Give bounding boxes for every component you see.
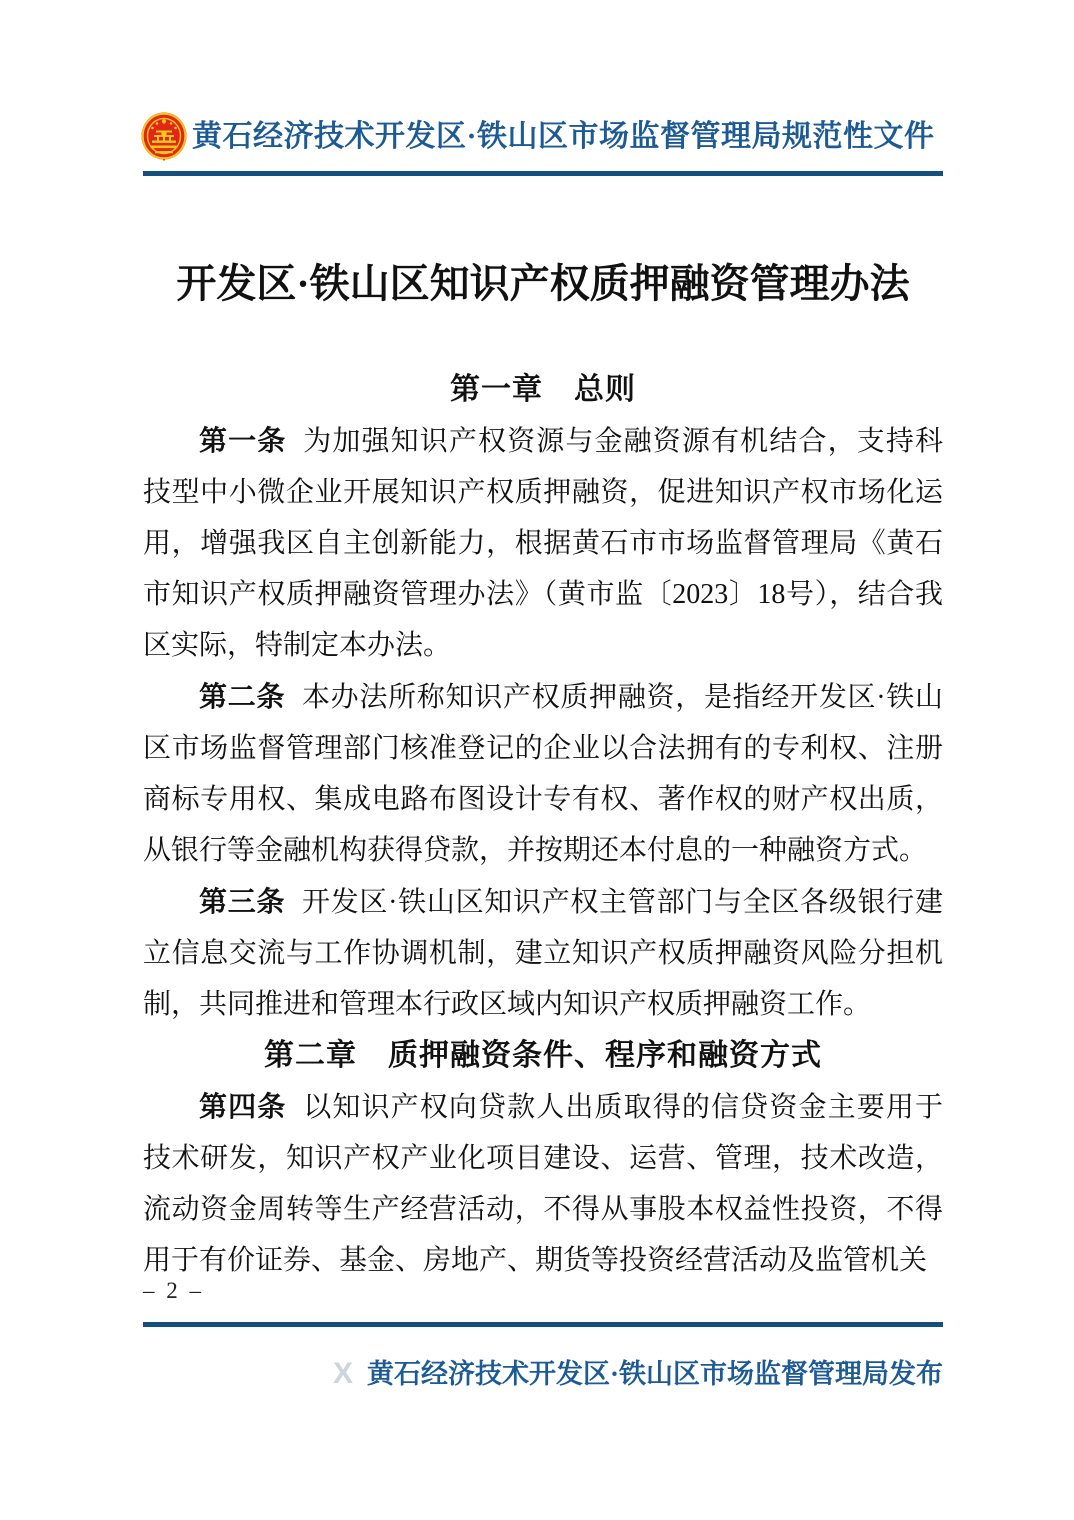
document-body: 开发区·铁山区知识产权质押融资管理办法 第一章 总则 第一条为加强知识产权资源与…: [143, 258, 943, 1286]
china-national-emblem-icon: [140, 111, 188, 163]
article-4-label: 第四条: [199, 1091, 286, 1122]
page-footer: X黄石经济技术开发区·铁山区市场监督管理局发布: [143, 1354, 943, 1394]
article-1-text: 为加强知识产权资源与金融资源有机结合，支持科技型中小微企业开展知识产权质押融资，…: [143, 426, 943, 661]
chapter-2-heading: 第二章 质押融资条件、程序和融资方式: [143, 1030, 943, 1081]
document-text: 第一章 总则 第一条为加强知识产权资源与金融资源有机结合，支持科技型中小微企业开…: [143, 364, 943, 1286]
page-number: – 2 –: [143, 1276, 204, 1306]
article-2: 第二条本办法所称知识产权质押融资，是指经开发区·铁山区市场监督管理部门核准登记的…: [143, 671, 943, 876]
article-2-label: 第二条: [199, 681, 285, 712]
header-divider: [143, 171, 943, 176]
article-1: 第一条为加强知识产权资源与金融资源有机结合，支持科技型中小微企业开展知识产权质押…: [143, 415, 943, 671]
article-3-label: 第三条: [199, 886, 285, 917]
footer-text: 黄石经济技术开发区·铁山区市场监督管理局发布: [367, 1359, 943, 1389]
footer-divider: [143, 1322, 943, 1327]
article-1-label: 第一条: [199, 425, 286, 456]
watermark-x: X: [333, 1357, 353, 1390]
article-4: 第四条以知识产权向贷款人出质取得的信贷资金主要用于技术研发，知识产权产业化项目建…: [143, 1081, 943, 1286]
page-header: 黄石经济技术开发区·铁山区市场监督管理局规范性文件: [140, 110, 946, 164]
chapter-1-heading: 第一章 总则: [143, 364, 943, 415]
document-title: 开发区·铁山区知识产权质押融资管理办法: [143, 258, 943, 310]
document-page: 黄石经济技术开发区·铁山区市场监督管理局规范性文件 开发区·铁山区知识产权质押融…: [0, 0, 1074, 1520]
article-3: 第三条开发区·铁山区知识产权主管部门与全区各级银行建立信息交流与工作协调机制，建…: [143, 876, 943, 1030]
header-title: 黄石经济技术开发区·铁山区市场监督管理局规范性文件: [192, 111, 946, 163]
